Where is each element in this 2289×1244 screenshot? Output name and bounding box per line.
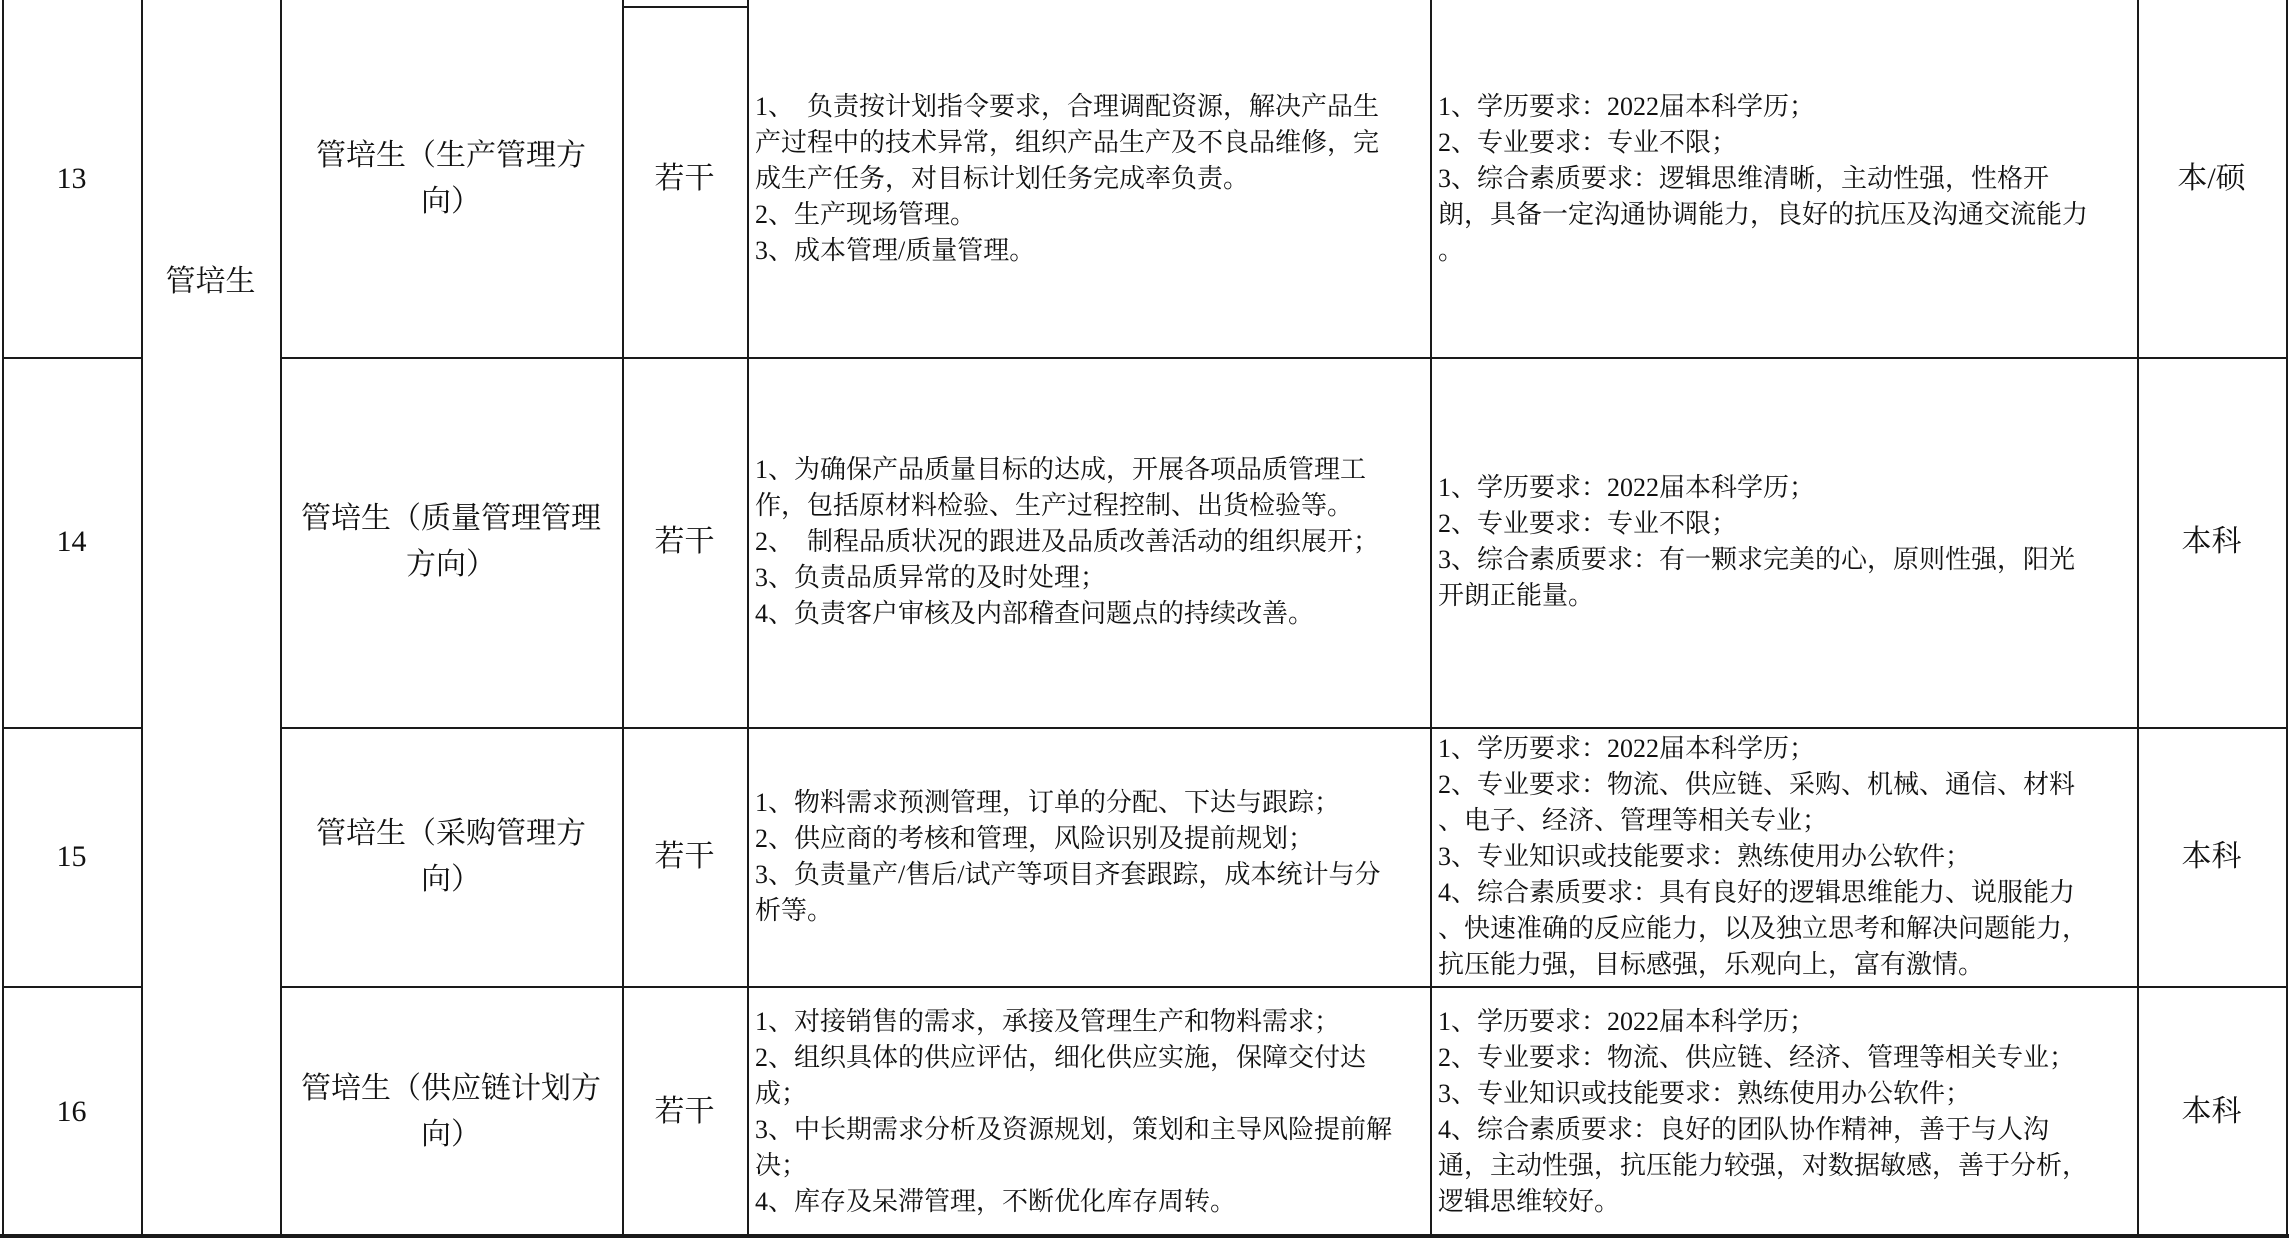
cell-duties: 1、对接销售的需求，承接及管理生产和物料需求； 2、组织具体的供应评估，细化供应… <box>755 986 1423 1238</box>
job-positions-table: 管培生 13 管培生（生产管理方 向） 若干 1、 负责按计划指令要求，合理调配… <box>0 0 2289 1244</box>
cell-education: 本科 <box>2137 727 2286 986</box>
grid-vline-count-duties <box>747 0 749 1238</box>
cell-position: 管培生（供应链计划方 向） <box>280 986 622 1238</box>
cell-row-number: 16 <box>2 986 141 1238</box>
cell-position: 管培生（采购管理方 向） <box>280 727 622 986</box>
grid-vline-right-edge <box>2286 0 2288 1238</box>
cell-requirements: 1、学历要求：2022届本科学历； 2、专业要求：物流、供应链、经济、管理等相关… <box>1438 986 2130 1238</box>
grid-vline-duties-requirements <box>1430 0 1432 1238</box>
cell-position: 管培生（质量管理管理 方向） <box>280 357 622 727</box>
cell-row-number: 13 <box>2 0 141 357</box>
category-label: 管培生 <box>166 259 256 305</box>
cell-position: 管培生（生产管理方 向） <box>280 0 622 357</box>
cell-duties: 1、为确保产品质量目标的达成，开展各项品质管理工 作，包括原材料检验、生产过程控… <box>755 357 1423 727</box>
cell-headcount: 若干 <box>622 0 747 357</box>
cell-duties: 1、 负责按计划指令要求，合理调配资源，解决产品生 产过程中的技术异常，组织产品… <box>755 0 1423 357</box>
cell-row-number: 14 <box>2 357 141 727</box>
cell-row-number: 15 <box>2 727 141 986</box>
cell-duties: 1、物料需求预测管理，订单的分配、下达与跟踪； 2、供应商的考核和管理，风险识别… <box>755 727 1423 986</box>
cell-requirements: 1、学历要求：2022届本科学历； 2、专业要求：物流、供应链、采购、机械、通信… <box>1438 727 2130 986</box>
cell-requirements: 1、学历要求：2022届本科学历； 2、专业要求：专业不限； 3、综合素质要求：… <box>1438 357 2130 727</box>
cell-education: 本/硕 <box>2137 0 2286 357</box>
cell-requirements: 1、学历要求：2022届本科学历； 2、专业要求：专业不限； 3、综合素质要求：… <box>1438 0 2130 357</box>
cell-education: 本科 <box>2137 357 2286 727</box>
cell-headcount: 若干 <box>622 986 747 1238</box>
cell-headcount: 若干 <box>622 727 747 986</box>
grid-vline-num-category <box>141 0 143 1238</box>
cell-education: 本科 <box>2137 986 2286 1238</box>
cell-headcount: 若干 <box>622 357 747 727</box>
cell-category: 管培生 <box>141 252 280 312</box>
